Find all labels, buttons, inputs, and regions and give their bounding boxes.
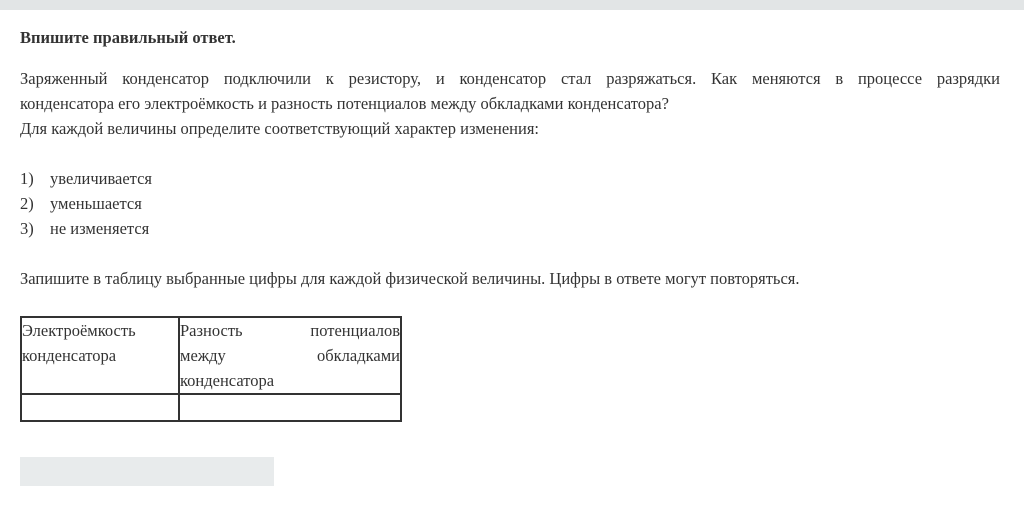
answer-input[interactable] [20, 457, 274, 486]
question-line-2: конденсатора его электроёмкость и разнос… [20, 91, 1000, 116]
header-line: конденсатора [180, 368, 400, 393]
option-number: 3) [20, 216, 50, 241]
table-answer-row [21, 394, 401, 421]
question-text: Заряженный конденсатор подключили к рези… [20, 66, 1000, 141]
question-line-1: Заряженный конденсатор подключили к рези… [20, 66, 1000, 91]
header-potential-difference: Разность потенциалов между обкладками ко… [179, 317, 401, 394]
option-number: 2) [20, 191, 50, 216]
header-line: Разность потенциалов [180, 318, 400, 343]
option-label: увеличивается [50, 169, 152, 188]
option-label: не изменяется [50, 219, 149, 238]
header-line: Электроёмкость [22, 318, 178, 343]
option-label: уменьшается [50, 194, 142, 213]
header-capacitance: Электроёмкость конденсатора [21, 317, 179, 394]
table-header-row: Электроёмкость конденсатора Разность пот… [21, 317, 401, 394]
header-line: между обкладками [180, 343, 400, 368]
option-item: 3)не изменяется [20, 216, 152, 241]
option-item: 2)уменьшается [20, 191, 152, 216]
option-item: 1)увеличивается [20, 166, 152, 191]
instruction-heading: Впишите правильный ответ. [20, 27, 236, 49]
question-line-3: Для каждой величины определите соответст… [20, 116, 1000, 141]
option-number: 1) [20, 166, 50, 191]
options-list: 1)увеличивается 2)уменьшается 3)не измен… [20, 166, 152, 241]
top-bar [0, 0, 1024, 10]
answer-cell-potential-difference [179, 394, 401, 421]
header-line: конденсатора [22, 343, 178, 368]
task-instruction: Запишите в таблицу выбранные цифры для к… [20, 266, 800, 291]
answer-cell-capacitance [21, 394, 179, 421]
answer-table: Электроёмкость конденсатора Разность пот… [20, 316, 402, 422]
